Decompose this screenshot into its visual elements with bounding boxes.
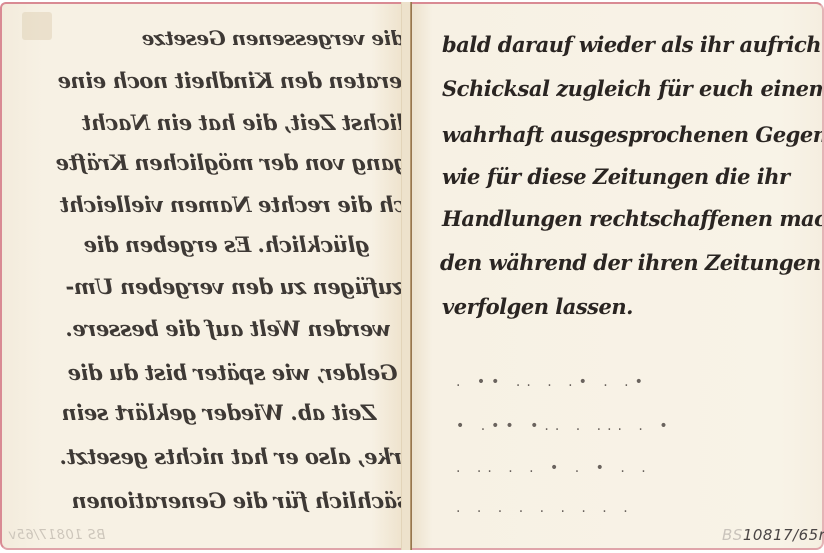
left-page: die vergessenen Gesetze geraten den Kind… [0,2,412,550]
handwritten-line: Zeit ab. Wieder geklärt sein [62,400,376,425]
shelfmark-prefix: BS [722,526,743,544]
handwritten-line: glücklich. Es ergeben die [84,232,370,257]
handwritten-line: die vergessenen Gesetze [142,26,404,50]
faint-ink-dots: • .•• •.. . ... . • [456,418,674,434]
faint-ink-dots: . .. . . • . • . . [456,460,652,476]
shelfmark-number: 10817/65r [743,526,824,544]
notebook-spread: die vergessenen Gesetze geraten den Kind… [0,0,824,553]
shelfmark-right: BS10817/65r [722,526,824,544]
handwritten-line: bald darauf wieder als ihr aufrichtiges [442,32,824,57]
handwritten-line: Vorgang von der möglichen Kräfte [56,150,412,175]
handwritten-line: werden Welt auf die bessere. [66,316,391,341]
handwritten-line: den während der ihren Zeitungen [440,250,821,275]
handwritten-line: wie für diese Zeitungen die ihr [442,164,790,189]
handwritten-line: Tatsächlich für die Generationen [72,488,412,513]
handwritten-line: durch die rechte Namen vielleicht [60,192,412,217]
handwritten-line: geraten den Kindheit noch eine [58,68,412,93]
faint-ink-dots: . . . . . . . . . [456,500,634,516]
right-page: bald darauf wieder als ihr aufrichtiges … [412,2,824,550]
handwritten-line: Handlungen rechtschaffenen machen- [442,206,824,231]
handwritten-line: Vermerke, also er hat nichts gesetzt. [60,444,412,469]
handwritten-line: beizufügen zu den vergeben Um- [66,274,412,299]
handwritten-line: möglichst Zeit, die hat ein Nacht [82,110,412,135]
shelfmark-left: BS 10817/65v [8,528,105,543]
handwritten-line: verfolgen lassen. [442,294,633,319]
paper-stain [22,12,52,40]
handwritten-line: wahrhaft ausgesprochenen Gegenstand, [442,122,824,147]
handwritten-line: Schicksal zugleich für euch einem [442,76,824,101]
handwritten-line: Gelder, wie später bist du die [68,360,398,385]
faint-ink-dots: . •• .. . .• . .• [456,374,649,390]
